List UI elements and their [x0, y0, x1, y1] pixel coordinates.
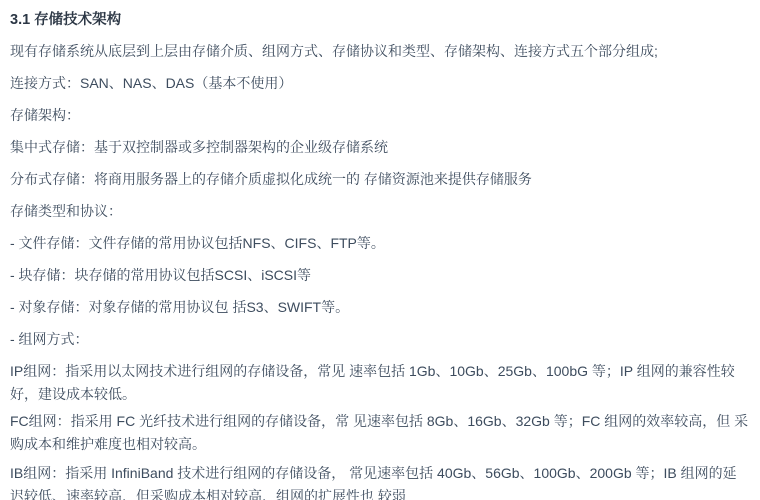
- list-item-file-storage: - 文件存储：文件存储的常用协议包括NFS、CIFS、FTP等。: [10, 232, 752, 255]
- paragraph-networking-label: - 组网方式：: [10, 328, 752, 351]
- paragraph-connection-methods: 连接方式：SAN、NAS、DAS（基本不使用）: [10, 72, 752, 95]
- list-item-object-storage: - 对象存储：对象存储的常用协议包 括S3、SWIFT等。: [10, 296, 752, 319]
- document-body: 3.1 存储技术架构 现有存储系统从底层到上层由存储介质、组网方式、存储协议和类…: [0, 0, 760, 500]
- paragraph-storage-architecture-label: 存储架构：: [10, 104, 752, 127]
- paragraph-storage-types-label: 存储类型和协议：: [10, 200, 752, 223]
- list-item-block-storage: - 块存储：块存储的常用协议包括SCSI、iSCSI等: [10, 264, 752, 287]
- paragraph-overview: 现有存储系统从底层到上层由存储介质、组网方式、存储协议和类型、存储架构、连接方式…: [10, 40, 752, 63]
- paragraph-distributed-storage: 分布式存储：将商用服务器上的存储介质虚拟化成统一的 存储资源池来提供存储服务: [10, 168, 752, 191]
- paragraph-centralized-storage: 集中式存储：基于双控制器或多控制器架构的企业级存储系统: [10, 136, 752, 159]
- paragraph-ip-network: IP组网：指采用以太网技术进行组网的存储设备，常见 速率包括 1Gb、10Gb、…: [10, 360, 752, 406]
- paragraph-ib-network: IB组网：指采用 InfiniBand 技术进行组网的存储设备， 常见速率包括 …: [10, 462, 752, 500]
- paragraph-fc-network: FC组网：指采用 FC 光纤技术进行组网的存储设备，常 见速率包括 8Gb、16…: [10, 410, 752, 456]
- page-title: 3.1 存储技术架构: [10, 9, 752, 32]
